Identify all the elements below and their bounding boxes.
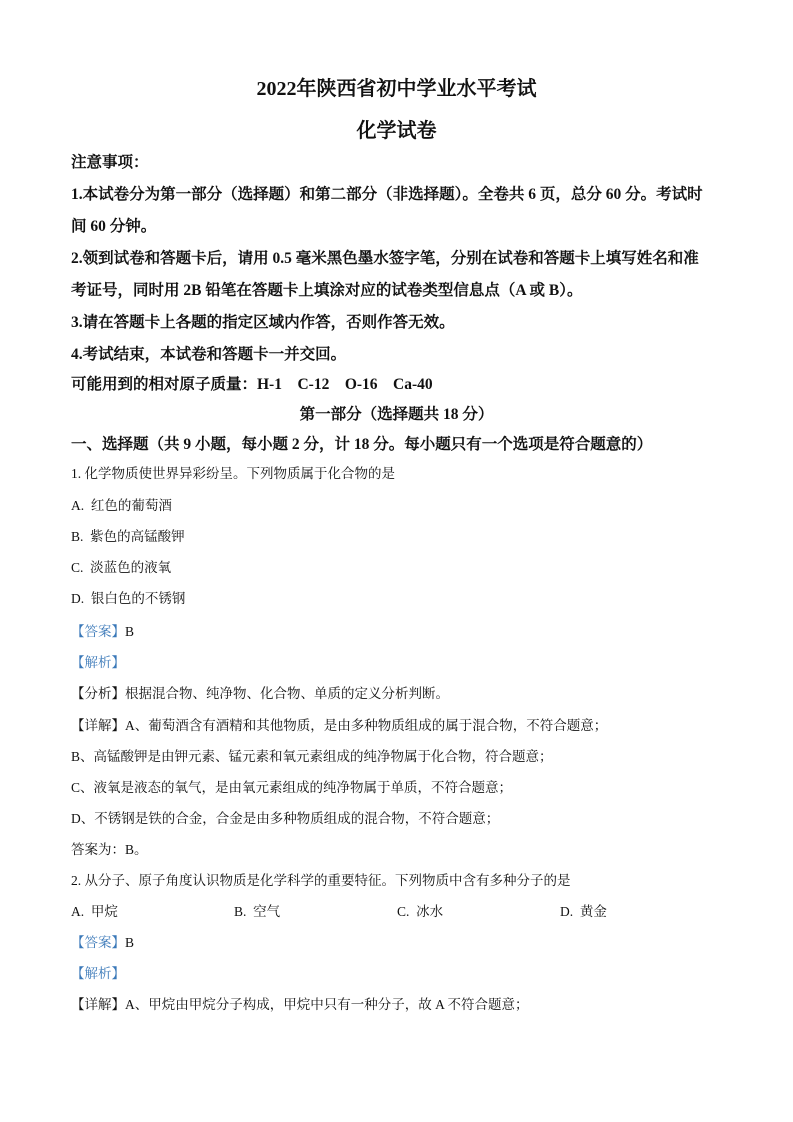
section-heading: 一、选择题（共 9 小题，每小题 2 分，计 18 分。每小题只有一个选项是符合… [71,432,652,454]
notice-item-1a: 1.本试卷分为第一部分（选择题）和第二部分（非选择题）。全卷共 6 页，总分 6… [71,182,703,204]
q1-conclusion: 答案为：B。 [71,838,148,858]
notice-item-2b: 考证号，同时用 2B 铅笔在答题卡上填涂对应的试卷类型信息点（A 或 B）。 [71,278,583,300]
q1-detail-b: B、高锰酸钾是由钾元素、锰元素和氧元素组成的纯净物属于化合物，符合题意； [71,745,553,765]
notice-item-4: 4.考试结束，本试卷和答题卡一并交回。 [71,342,346,364]
notice-item-1b: 间 60 分钟。 [71,214,156,236]
q1-option-b: B. 紫色的高锰酸钾 [71,525,185,545]
q1-stem: 1. 化学物质使世界异彩纷呈。下列物质属于化合物的是 [71,462,395,482]
q1-answer: 【答案】B [71,620,134,640]
notice-heading: 注意事项： [71,150,149,172]
q1-detail-c: C、液氧是液态的氧气，是由氧元素组成的纯净物属于单质，不符合题意； [71,776,512,796]
q2-option-c: C. 冰水 [397,900,443,920]
q2-option-b: B. 空气 [234,900,280,920]
notice-item-3: 3.请在答题卡上各题的指定区域内作答，否则作答无效。 [71,310,455,332]
part1-heading: 第一部分（选择题共 18 分） [0,402,793,424]
q1-option-a: A. 红色的葡萄酒 [71,494,172,514]
q2-option-a: A. 甲烷 [71,900,118,920]
q2-detail-a: 【详解】A、甲烷由甲烷分子构成，甲烷中只有一种分子，故 A 不符合题意； [71,993,529,1013]
q2-answer: 【答案】B [71,931,134,951]
exam-title: 2022年陕西省初中学业水平考试 [0,72,793,101]
q1-fenxi: 【分析】根据混合物、纯净物、化合物、单质的定义分析判断。 [71,682,449,702]
q1-detail-a: 【详解】A、葡萄酒含有酒精和其他物质，是由多种物质组成的属于混合物，不符合题意； [71,714,607,734]
q2-stem: 2. 从分子、原子角度认识物质是化学科学的重要特征。下列物质中含有多种分子的是 [71,869,571,889]
answer-value: B [125,935,134,950]
atomic-mass-line: 可能用到的相对原子质量：H-1 C-12 O-16 Ca-40 [71,372,433,394]
answer-value: B [125,624,134,639]
answer-tag: 【答案】 [71,935,125,950]
q1-option-c: C. 淡蓝色的液氧 [71,556,171,576]
answer-tag: 【答案】 [71,624,125,639]
q1-analysis-tag: 【解析】 [71,651,125,671]
document-page: 2022年陕西省初中学业水平考试 化学试卷 注意事项： 1.本试卷分为第一部分（… [0,0,793,1122]
q1-option-d: D. 银白色的不锈钢 [71,587,185,607]
exam-subtitle: 化学试卷 [0,114,793,143]
q2-analysis-tag: 【解析】 [71,962,125,982]
notice-item-2a: 2.领到试卷和答题卡后，请用 0.5 毫米黑色墨水签字笔，分别在试卷和答题卡上填… [71,246,699,268]
q1-detail-d: D、不锈钢是铁的合金，合金是由多种物质组成的混合物，不符合题意； [71,807,499,827]
q2-option-d: D. 黄金 [560,900,607,920]
